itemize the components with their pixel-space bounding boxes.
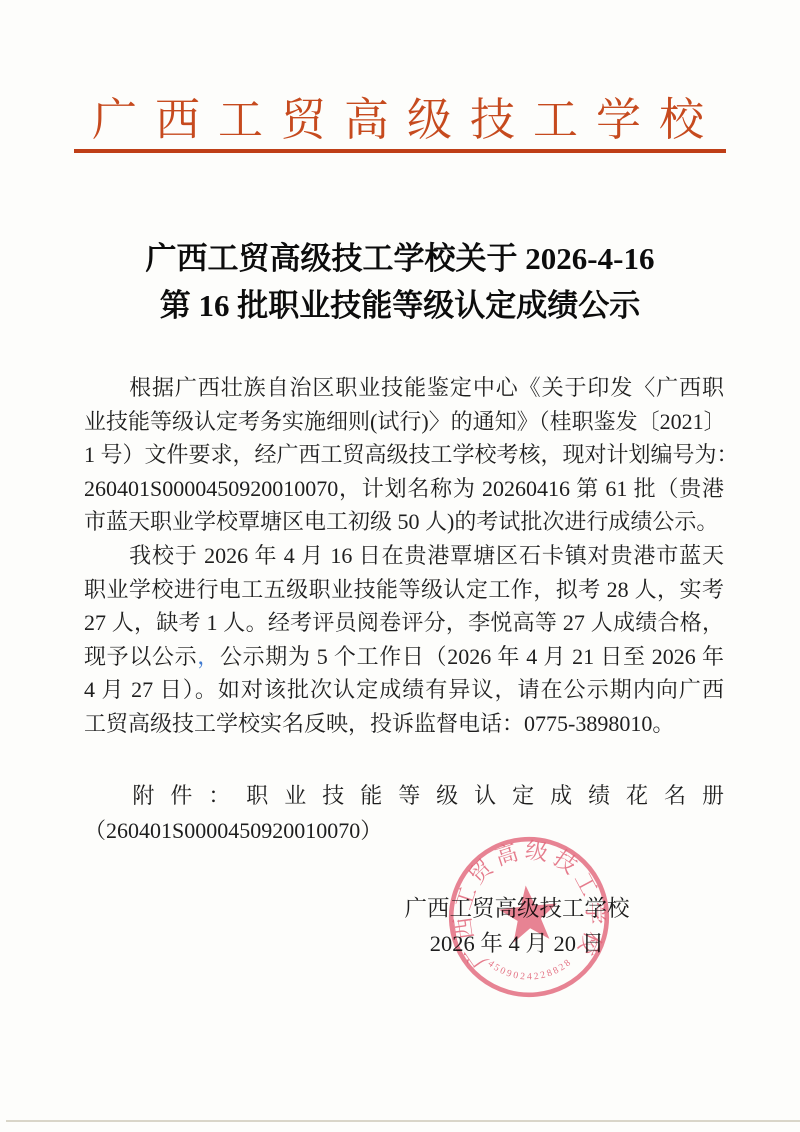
- seal-code-text-wrap: 4509024228828: [485, 950, 576, 988]
- body-text-segment: 公示期为 5 个工作日（2026 年 4 月 21 日至 2026 年: [220, 644, 724, 669]
- letterhead-school-name: 广西工贸高级技工学校: [92, 92, 712, 148]
- body-line: 根据广西壮族自治区职业技能鉴定中心《关于印发〈广西职: [84, 371, 724, 405]
- scan-edge-line: [6, 1120, 800, 1122]
- body-line: 260401S0000450920010070，计划名称为 20260416 第…: [84, 472, 724, 506]
- body-line: 职业学校进行电工五级职业技能等级认定工作，拟考 28 人，实考: [84, 573, 724, 607]
- official-seal: 广西工贸高级技工学校 4509024228828: [433, 821, 624, 1012]
- body-line: 我校于 2026 年 4 月 16 日在贵港覃塘区石卡镇对贵港市蓝天: [84, 539, 724, 573]
- attachment-block: 附件：职业技能等级认定成绩花名册 （260401S000045092001007…: [84, 779, 724, 848]
- notice-body: 根据广西壮族自治区职业技能鉴定中心《关于印发〈广西职 业技能等级认定考务实施细则…: [84, 371, 724, 741]
- body-text-segment: 现予以公示: [84, 644, 197, 669]
- document-page: 广西工贸高级技工学校 广西工贸高级技工学校关于 2026-4-16 第 16 批…: [0, 0, 800, 1132]
- notice-title-line2: 第 16 批职业技能等级认定成绩公示: [0, 282, 800, 329]
- notice-title-line1: 广西工贸高级技工学校关于 2026-4-16: [0, 235, 800, 282]
- seal-star-icon: [497, 882, 561, 943]
- body-line: 现予以公示，公示期为 5 个工作日（2026 年 4 月 21 日至 2026 …: [84, 640, 724, 674]
- seal-code-text: 4509024228828: [485, 950, 576, 988]
- attachment-label: 附件：职业技能等级认定成绩花名册: [84, 779, 724, 814]
- blue-comma: ，: [197, 644, 220, 669]
- body-line: 27 人，缺考 1 人。经考评员阅卷评分，李悦高等 27 人成绩合格，: [84, 606, 724, 640]
- body-line: 1 号）文件要求，经广西工贸高级技工学校考核，现对计划编号为：: [84, 438, 724, 472]
- attachment-code: （260401S0000450920010070）: [84, 814, 724, 849]
- body-line: 业技能等级认定考务实施细则(试行)〉的通知》（桂职鉴发〔2021〕: [84, 405, 724, 439]
- body-line: 市蓝天职业学校覃塘区电工初级 50 人)的考试批次进行成绩公示。: [84, 505, 724, 539]
- body-line: 4 月 27 日）。如对该批次认定成绩有异议，请在公示期内向广西: [84, 673, 724, 707]
- letterhead-rule: [74, 149, 726, 153]
- body-line: 工贸高级技工学校实名反映，投诉监督电话：0775-3898010。: [84, 707, 724, 741]
- notice-title: 广西工贸高级技工学校关于 2026-4-16 第 16 批职业技能等级认定成绩公…: [0, 235, 800, 329]
